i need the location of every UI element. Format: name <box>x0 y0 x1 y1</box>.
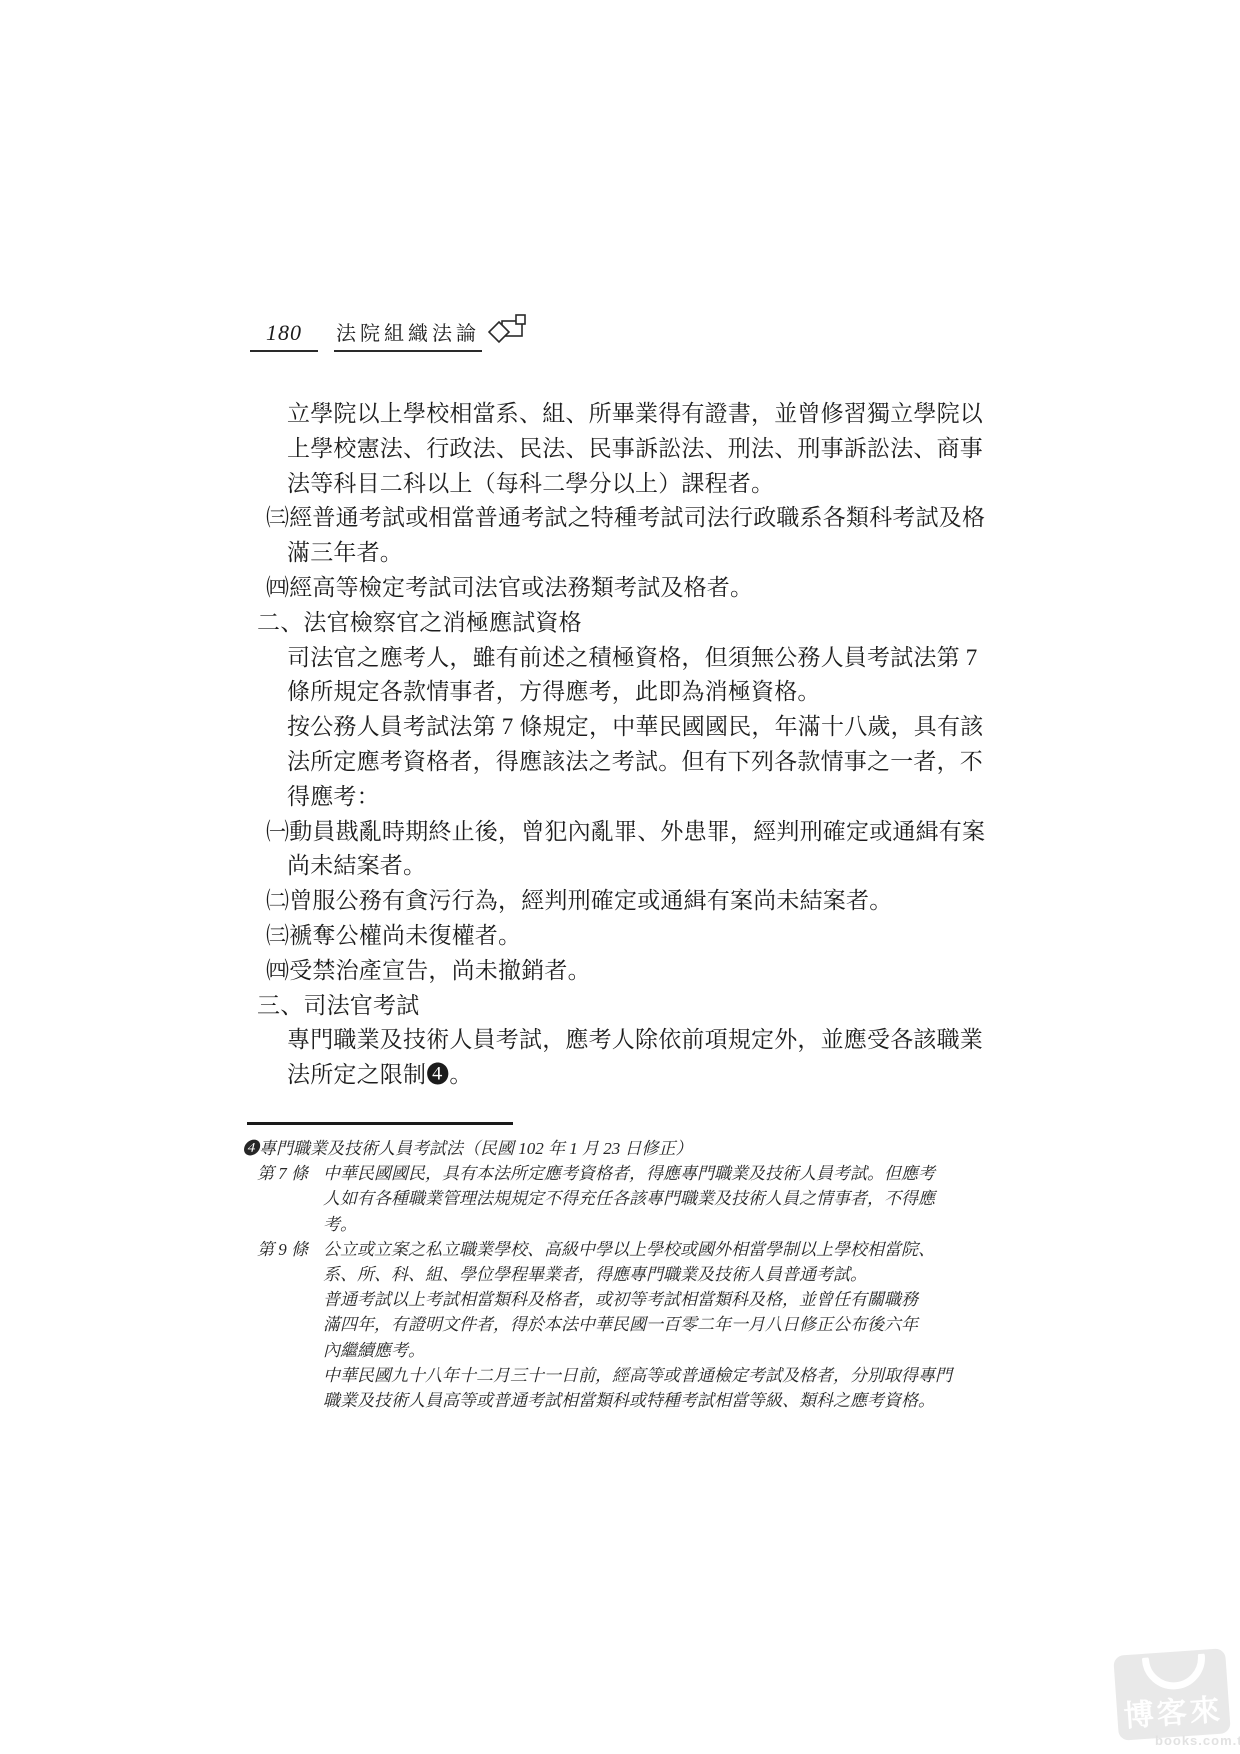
body-line: 法等科目二科以上（每科二學分以上）課程者。 <box>0 467 1240 502</box>
body-line: ㈣經高等檢定考試司法官或法務類考試及格者。 <box>0 571 1240 606</box>
footnote-line: 職業及技術人員高等或普通考試相當類科或特種考試相當等級、類科之應考資格。 <box>0 1388 1240 1413</box>
footnote-line: 人如有各種職業管理法規規定不得充任各該專門職業及技術人員之情事者，不得應 <box>0 1186 1240 1211</box>
article-number: 第 9 條 <box>257 1237 323 1262</box>
page-number: 180 <box>250 320 318 352</box>
body-line: 按公務人員考試法第 7 條規定，中華民國國民，年滿十八歲，具有該 <box>0 710 1240 745</box>
body-line: 司法官之應考人，雖有前述之積極資格，但須無公務人員考試法第 7 <box>0 641 1240 676</box>
watermark-logo-text: 博客來 <box>1116 1684 1231 1736</box>
chapter-marker-icon <box>488 312 528 351</box>
main-text: 立學院以上學校相當系、組、所畢業得有證書，並曾修習獨立學院以 上學校憲法、行政法… <box>0 397 1240 1093</box>
book-page: 180法院組織法論 立學院以上學校相當系、組、所畢業得有證書，並曾修習獨立學院以… <box>0 0 1240 1754</box>
footnote-separator <box>247 1122 513 1125</box>
body-line: ㈢褫奪公權尚未復權者。 <box>0 919 1240 954</box>
footnote-line: 第 7 條中華民國國民，具有本法所定應考資格者，得應專門職業及技術人員考試。但應… <box>0 1161 1240 1186</box>
body-line: ㈢經普通考試或相當普通考試之特種考試司法行政職系各類科考試及格 <box>0 501 1240 536</box>
section-heading: 三、司法官考試 <box>0 989 1240 1024</box>
running-header: 180法院組織法論 <box>0 312 1240 346</box>
book-title: 法院組織法論 <box>334 315 482 352</box>
body-line: 尚未結案者。 <box>0 849 1240 884</box>
watermark-site-text: books.com.tw <box>1155 1733 1240 1748</box>
body-line: 立學院以上學校相當系、組、所畢業得有證書，並曾修習獨立學院以 <box>0 397 1240 432</box>
body-line: 條所規定各款情事者，方得應考，此即為消極資格。 <box>0 675 1240 710</box>
footnote-line: 中華民國九十八年十二月三十一日前，經高等或普通檢定考試及格者，分別取得專門 <box>0 1363 1240 1388</box>
footnote-line: 內繼續應考。 <box>0 1338 1240 1363</box>
footnote-line: 考。 <box>0 1212 1240 1237</box>
body-line: 法所定之限制❹。 <box>0 1058 1240 1093</box>
bookstore-watermark: 博客來 <box>1113 1648 1231 1741</box>
section-heading: 二、法官檢察官之消極應試資格 <box>0 606 1240 641</box>
footnote-line: 滿四年，有證明文件者，得於本法中華民國一百零二年一月八日修正公布後六年 <box>0 1312 1240 1337</box>
footnote: ❹專門職業及技術人員考試法（民國 102 年 1 月 23 日修正） 第 7 條… <box>0 1136 1240 1413</box>
body-line: 得應考： <box>0 780 1240 815</box>
body-line: 法所定應考資格者，得應該法之考試。但有下列各款情事之一者，不 <box>0 745 1240 780</box>
body-line: ㈣受禁治產宣告，尚未撤銷者。 <box>0 954 1240 989</box>
footnote-line: 普通考試以上考試相當類科及格者，或初等考試相當類科及格，並曾任有關職務 <box>0 1287 1240 1312</box>
article-text: 中華民國國民，具有本法所定應考資格者，得應專門職業及技術人員考試。但應考 <box>323 1164 935 1183</box>
body-line: 專門職業及技術人員考試，應考人除依前項規定外，並應受各該職業 <box>0 1023 1240 1058</box>
body-line: ㈡曾服公務有貪污行為，經判刑確定或通緝有案尚未結案者。 <box>0 884 1240 919</box>
footnote-line: ❹專門職業及技術人員考試法（民國 102 年 1 月 23 日修正） <box>0 1136 1240 1161</box>
article-number: 第 7 條 <box>257 1161 323 1186</box>
body-line: 上學校憲法、行政法、民法、民事訴訟法、刑法、刑事訴訟法、商事 <box>0 432 1240 467</box>
article-text: 公立或立案之私立職業學校、高級中學以上學校或國外相當學制以上學校相當院、 <box>323 1240 935 1259</box>
body-line: ㈠動員戡亂時期終止後，曾犯內亂罪、外患罪，經判刑確定或通緝有案 <box>0 815 1240 850</box>
footnote-line: 系、所、科、組、學位學程畢業者，得應專門職業及技術人員普通考試。 <box>0 1262 1240 1287</box>
footnote-line: 第 9 條公立或立案之私立職業學校、高級中學以上學校或國外相當學制以上學校相當院… <box>0 1237 1240 1262</box>
body-line: 滿三年者。 <box>0 536 1240 571</box>
